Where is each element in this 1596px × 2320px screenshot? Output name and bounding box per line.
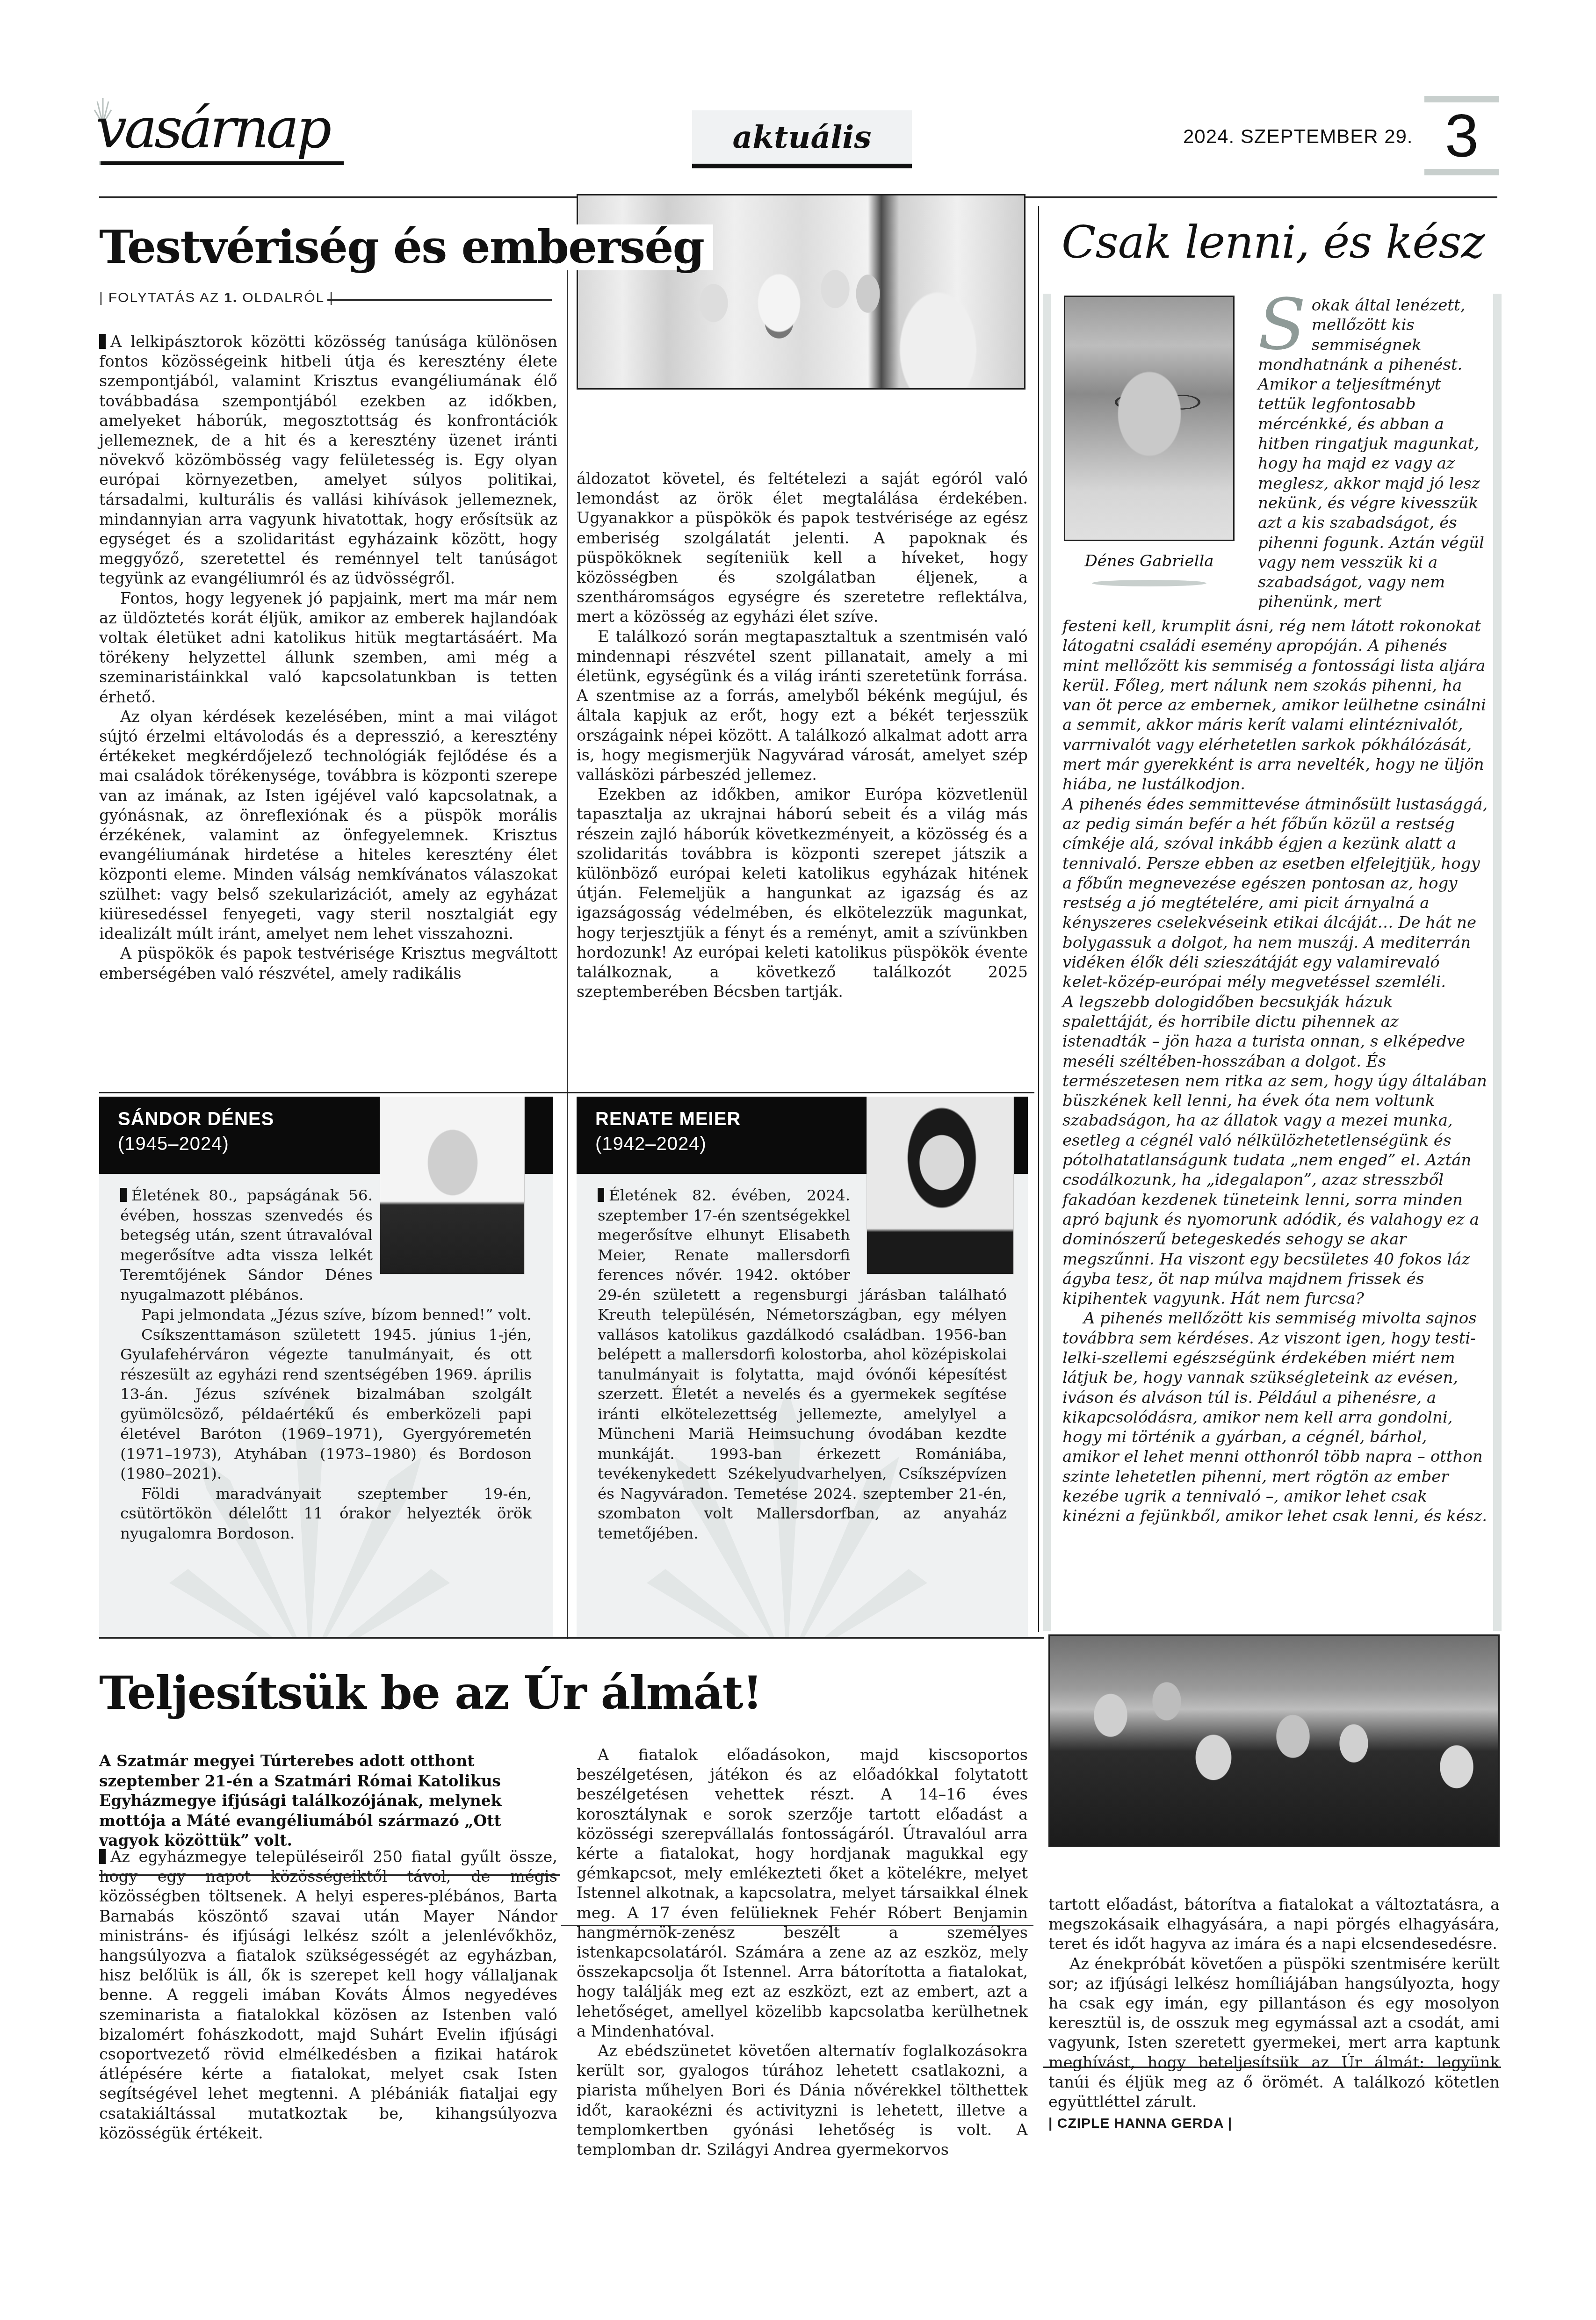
paragraph: A pihenés mellőzött kis semmiség mivolta… — [1062, 1308, 1488, 1526]
paragraph: Az ebédszünetet követően alternatív fogl… — [577, 2041, 1028, 2160]
paragraph: tartott előadást, bátorítva a fiatalokat… — [1048, 1895, 1500, 1954]
article2-lead: A Szatmár megyei Túrterebes adott otthon… — [99, 1751, 557, 1851]
page-number: 3 — [1424, 96, 1499, 175]
paragraph: Papi jelmondata „Jézus szíve, bízom benn… — [120, 1305, 532, 1325]
paragraph: A legszebb dologidőben becsukják házuk s… — [1062, 992, 1488, 1309]
kicker-bar: | — [99, 290, 104, 306]
kicker-rule — [327, 299, 552, 301]
paragraph: Életének 82. évében, 2024. szeptember 17… — [598, 1185, 1007, 1543]
byline: | CZIPLE HANNA GERDA | — [1048, 2114, 1500, 2133]
column-intro: Sokak által lenézett, mellőzött kis semm… — [1258, 296, 1487, 612]
column-divider — [567, 224, 568, 1099]
kicker-bar: | — [329, 290, 334, 306]
article1-headline: Testvériség és emberség — [99, 224, 713, 270]
obituary-body: Életének 80., papságának 56. évében, hos… — [120, 1185, 532, 1543]
article2-column-1: Az egyházmegye településeiről 250 fiatal… — [99, 1847, 557, 2143]
kicker-suffix: OLDALRÓL — [242, 290, 325, 306]
article1-column-1: A lelkipásztorok közötti közösség tanúsá… — [99, 332, 557, 983]
paragraph: Életének 80., papságának 56. évében, hos… — [120, 1185, 373, 1305]
paragraph: festeni kell, krumplit ásni, rég nem lát… — [1062, 616, 1488, 795]
column-body: festeni kell, krumplit ásni, rég nem lát… — [1062, 616, 1488, 1526]
article2-headline: Teljesítsük be az Úr álmát! — [99, 1670, 762, 1716]
logo-underline — [101, 161, 344, 165]
paragraph: A lelkipásztorok közötti közösség tanúsá… — [99, 332, 557, 589]
paragraph: Az olyan kérdések kezelésében, mint a ma… — [99, 707, 557, 944]
column-divider — [567, 1092, 568, 1639]
paragraph: A pihenés édes semmittevése átminősült l… — [1062, 795, 1488, 992]
paragraph: E találkozó során megtapasztaltuk a szen… — [577, 627, 1028, 785]
paragraph: Az énekpróbát követően a püspöki szentmi… — [1048, 1954, 1500, 2112]
column-divider — [1038, 206, 1039, 1632]
paragraph: A fiatalok előadásokon, majd kiscsoporto… — [577, 1745, 1028, 2041]
obituary-renate-meier: RENATE MEIER (1942–2024) Életének 82. év… — [577, 1097, 1028, 1637]
paragraph: Fontos, hogy legyenek jó papjaink, mert … — [99, 589, 557, 707]
column-headline: Csak lenni, és kész — [1062, 216, 1484, 268]
article2-column-3: tartott előadást, bátorítva a fiatalokat… — [1048, 1895, 1500, 2133]
paragraph: Csíkszenttamáson született 1945. június … — [120, 1325, 532, 1484]
section-rule — [99, 1637, 1044, 1639]
kicker-page: 1. — [224, 290, 238, 306]
section-label: aktuális — [732, 119, 871, 155]
masthead-logo: vasárnap — [96, 101, 329, 156]
continuation-kicker: | FOLYTATÁS AZ 1. OLDALRÓL | — [99, 290, 334, 306]
author-photo — [1064, 296, 1235, 541]
photo-wrap-spacer — [850, 1185, 1007, 1272]
caption-ornament — [1092, 580, 1206, 586]
dropcap: S — [1258, 299, 1306, 351]
bottom-rule — [561, 1925, 1033, 1926]
bottom-rule — [99, 1874, 560, 1876]
article2-column-2: A fiatalok előadásokon, majd kiscsoporto… — [577, 1745, 1028, 2160]
paragraph-text: Életének 80., papságának 56. évében, hos… — [120, 1186, 373, 1304]
author-name: Dénes Gabriella — [1064, 552, 1235, 571]
paragraph: áldozatot követel, és feltételezi a sajá… — [577, 469, 1028, 627]
article1-column-2: áldozatot követel, és feltételezi a sajá… — [577, 469, 1028, 1002]
youth-group-photo — [1048, 1634, 1500, 1847]
bottom-rule — [1043, 2067, 1501, 2068]
paragraph: A püspökök és papok testvérisége Krisztu… — [99, 944, 557, 983]
issue-date: 2024. SZEPTEMBER 29. — [1183, 125, 1413, 148]
paragraph: Ezekben az időkben, amikor Európa közvet… — [577, 785, 1028, 1002]
obituary-body: Életének 82. évében, 2024. szeptember 17… — [598, 1185, 1007, 1543]
kicker-prefix: FOLYTATÁS AZ — [108, 290, 219, 306]
paragraph: Az egyházmegye településeiről 250 fiatal… — [99, 1847, 557, 2143]
paragraph: Földi maradványait szeptember 19-én, csü… — [120, 1484, 532, 1544]
obituary-sandor-denes: SÁNDOR DÉNES (1945–2024) Életének 80., p… — [99, 1097, 553, 1637]
section-tab: aktuális — [692, 110, 912, 168]
